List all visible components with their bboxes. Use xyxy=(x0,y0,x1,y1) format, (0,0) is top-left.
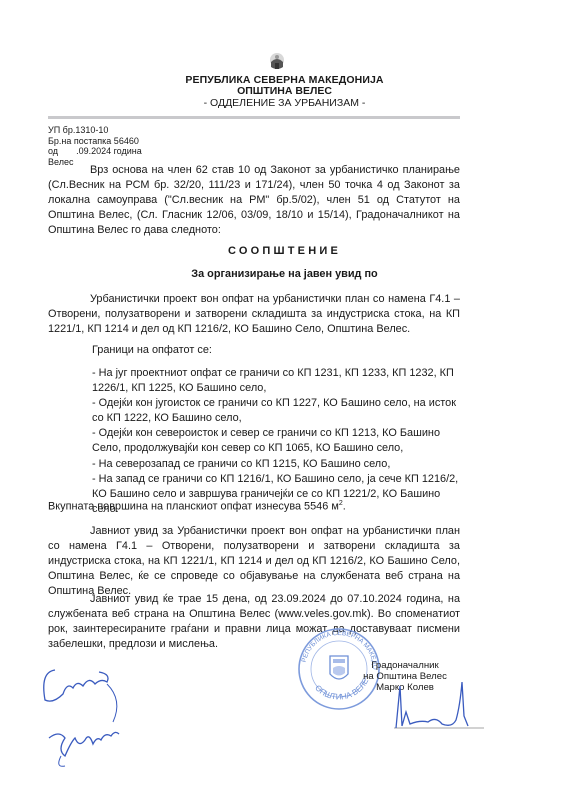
document-page: РЕПУБЛИКА СЕВЕРНА МАКЕДОНИЈА ОПШТИНА ВЕЛ… xyxy=(0,0,569,798)
signatory-role: Градоначалник xyxy=(360,660,450,671)
public-review-paragraph: Јавниот увид за Урбанистички проект вон … xyxy=(48,524,460,599)
borders-heading: Граници на опфатот се: xyxy=(92,344,212,356)
initials-signature-icon xyxy=(35,660,130,770)
border-item: - На северозапад се граничи со КП 1215, … xyxy=(92,457,464,472)
document-subtitle: За организирање на јавен увид по xyxy=(0,268,569,280)
reference-date: од.09.2024 година xyxy=(48,146,142,157)
department-name: - ОДДЕЛЕНИЕ ЗА УРБАНИЗАМ - xyxy=(0,97,569,109)
project-description: Урбанистички проект вон опфат на урбанис… xyxy=(48,292,460,337)
preamble-paragraph: Врз основа на член 62 став 10 од Законот… xyxy=(48,163,460,238)
document-title: СООПШТЕНИЕ xyxy=(0,245,569,257)
header-divider xyxy=(48,116,460,119)
mayor-signature-icon xyxy=(386,676,486,736)
municipality-name: ОПШТИНА ВЕЛЕС xyxy=(0,86,569,97)
borders-list: - На југ проектниот опфат се граничи со … xyxy=(92,366,464,517)
coat-of-arms-icon xyxy=(268,52,286,72)
letterhead: РЕПУБЛИКА СЕВЕРНА МАКЕДОНИЈА ОПШТИНА ВЕЛ… xyxy=(0,74,569,109)
submission-number: Бр.на постапка 56460 xyxy=(48,136,142,147)
total-area: Вкупната површина на планскиот опфат изн… xyxy=(48,500,346,513)
duration-paragraph: Јавниот увид ќе трае 15 дена, од 23.09.2… xyxy=(48,592,460,652)
up-number: УП бр.1310-10 xyxy=(48,125,142,136)
border-item: - Одејќи кон североисток и север се гран… xyxy=(92,426,464,456)
reference-block: УП бр.1310-10 Бр.на постапка 56460 од.09… xyxy=(48,125,142,167)
border-item: - Одејќи кон југоисток се граничи со КП … xyxy=(92,396,464,426)
border-item: - На југ проектниот опфат се граничи со … xyxy=(92,366,464,396)
